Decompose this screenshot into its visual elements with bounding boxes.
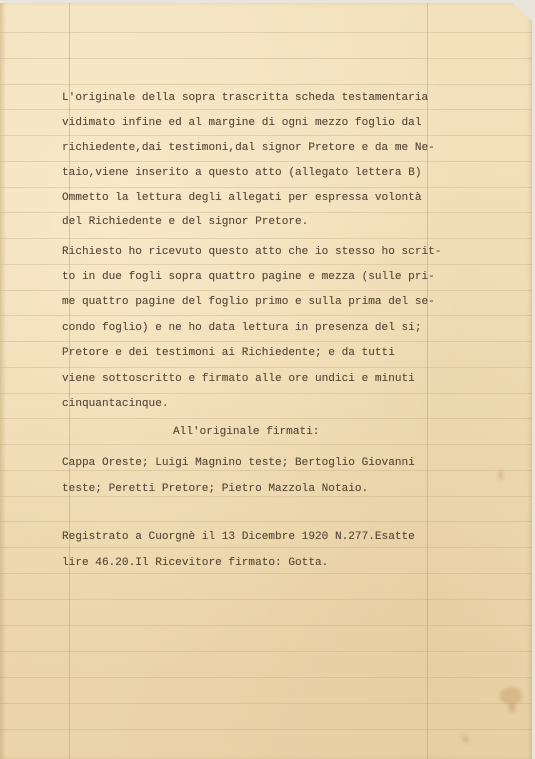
ruled-line xyxy=(0,341,532,342)
ruled-line xyxy=(0,599,532,600)
text-line: me quattro pagine del foglio primo e sul… xyxy=(62,296,435,308)
ruled-line xyxy=(0,367,532,368)
document-page: L'originale della sopra trascritta sched… xyxy=(0,3,532,759)
text-line: viene sottoscritto e firmato alle ore un… xyxy=(62,373,415,385)
typewritten-text: L'originale della sopra trascritta sched… xyxy=(62,3,502,327)
ruled-line xyxy=(0,677,532,678)
ruled-line xyxy=(0,547,532,548)
text-line: Ommetto la lettura degli allegati per es… xyxy=(62,192,422,204)
ruled-line xyxy=(0,703,532,704)
text-line: taio,viene inserito a questo atto (alleg… xyxy=(62,167,422,179)
ruled-line xyxy=(0,625,532,626)
ruled-line xyxy=(0,393,532,394)
text-line: cinquantacinque. xyxy=(62,398,169,410)
paper-stain xyxy=(462,736,469,743)
text-line: Pretore e dei testimoni ai Richiedente; … xyxy=(62,347,395,359)
ruled-line xyxy=(0,651,532,652)
text-line: Richiesto ho ricevuto questo atto che io… xyxy=(62,246,441,258)
text-line: L'originale della sopra trascritta sched… xyxy=(62,92,428,104)
registration-line: lire 46.20.Il Ricevitore firmato: Gotta. xyxy=(62,557,328,569)
paper-stain xyxy=(508,703,516,713)
signatures-heading: All'originale firmati: xyxy=(173,426,319,438)
signature-line: teste; Peretti Pretore; Pietro Mazzola N… xyxy=(62,483,368,495)
ruled-line xyxy=(0,573,532,574)
ruled-line xyxy=(0,729,532,730)
ruled-line xyxy=(0,496,532,497)
ruled-line xyxy=(0,444,532,445)
text-line: to in due fogli sopra quattro pagine e m… xyxy=(62,271,435,283)
ruled-line xyxy=(0,418,532,419)
signature-line: Cappa Oreste; Luigi Magnino teste; Berto… xyxy=(62,457,415,469)
text-line: richiedente,dai testimoni,dal signor Pre… xyxy=(62,142,435,154)
text-line: condo foglio) e ne ho data lettura in pr… xyxy=(62,322,422,334)
text-line: vidimato infine ed al margine di ogni me… xyxy=(62,117,422,129)
registration-line: Registrato a Cuorgnè il 13 Dicembre 1920… xyxy=(62,531,415,543)
ruled-line xyxy=(0,470,532,471)
text-line: del Richiedente e del signor Pretore. xyxy=(62,216,308,228)
paper-stain xyxy=(498,470,503,480)
ruled-line xyxy=(0,521,532,522)
